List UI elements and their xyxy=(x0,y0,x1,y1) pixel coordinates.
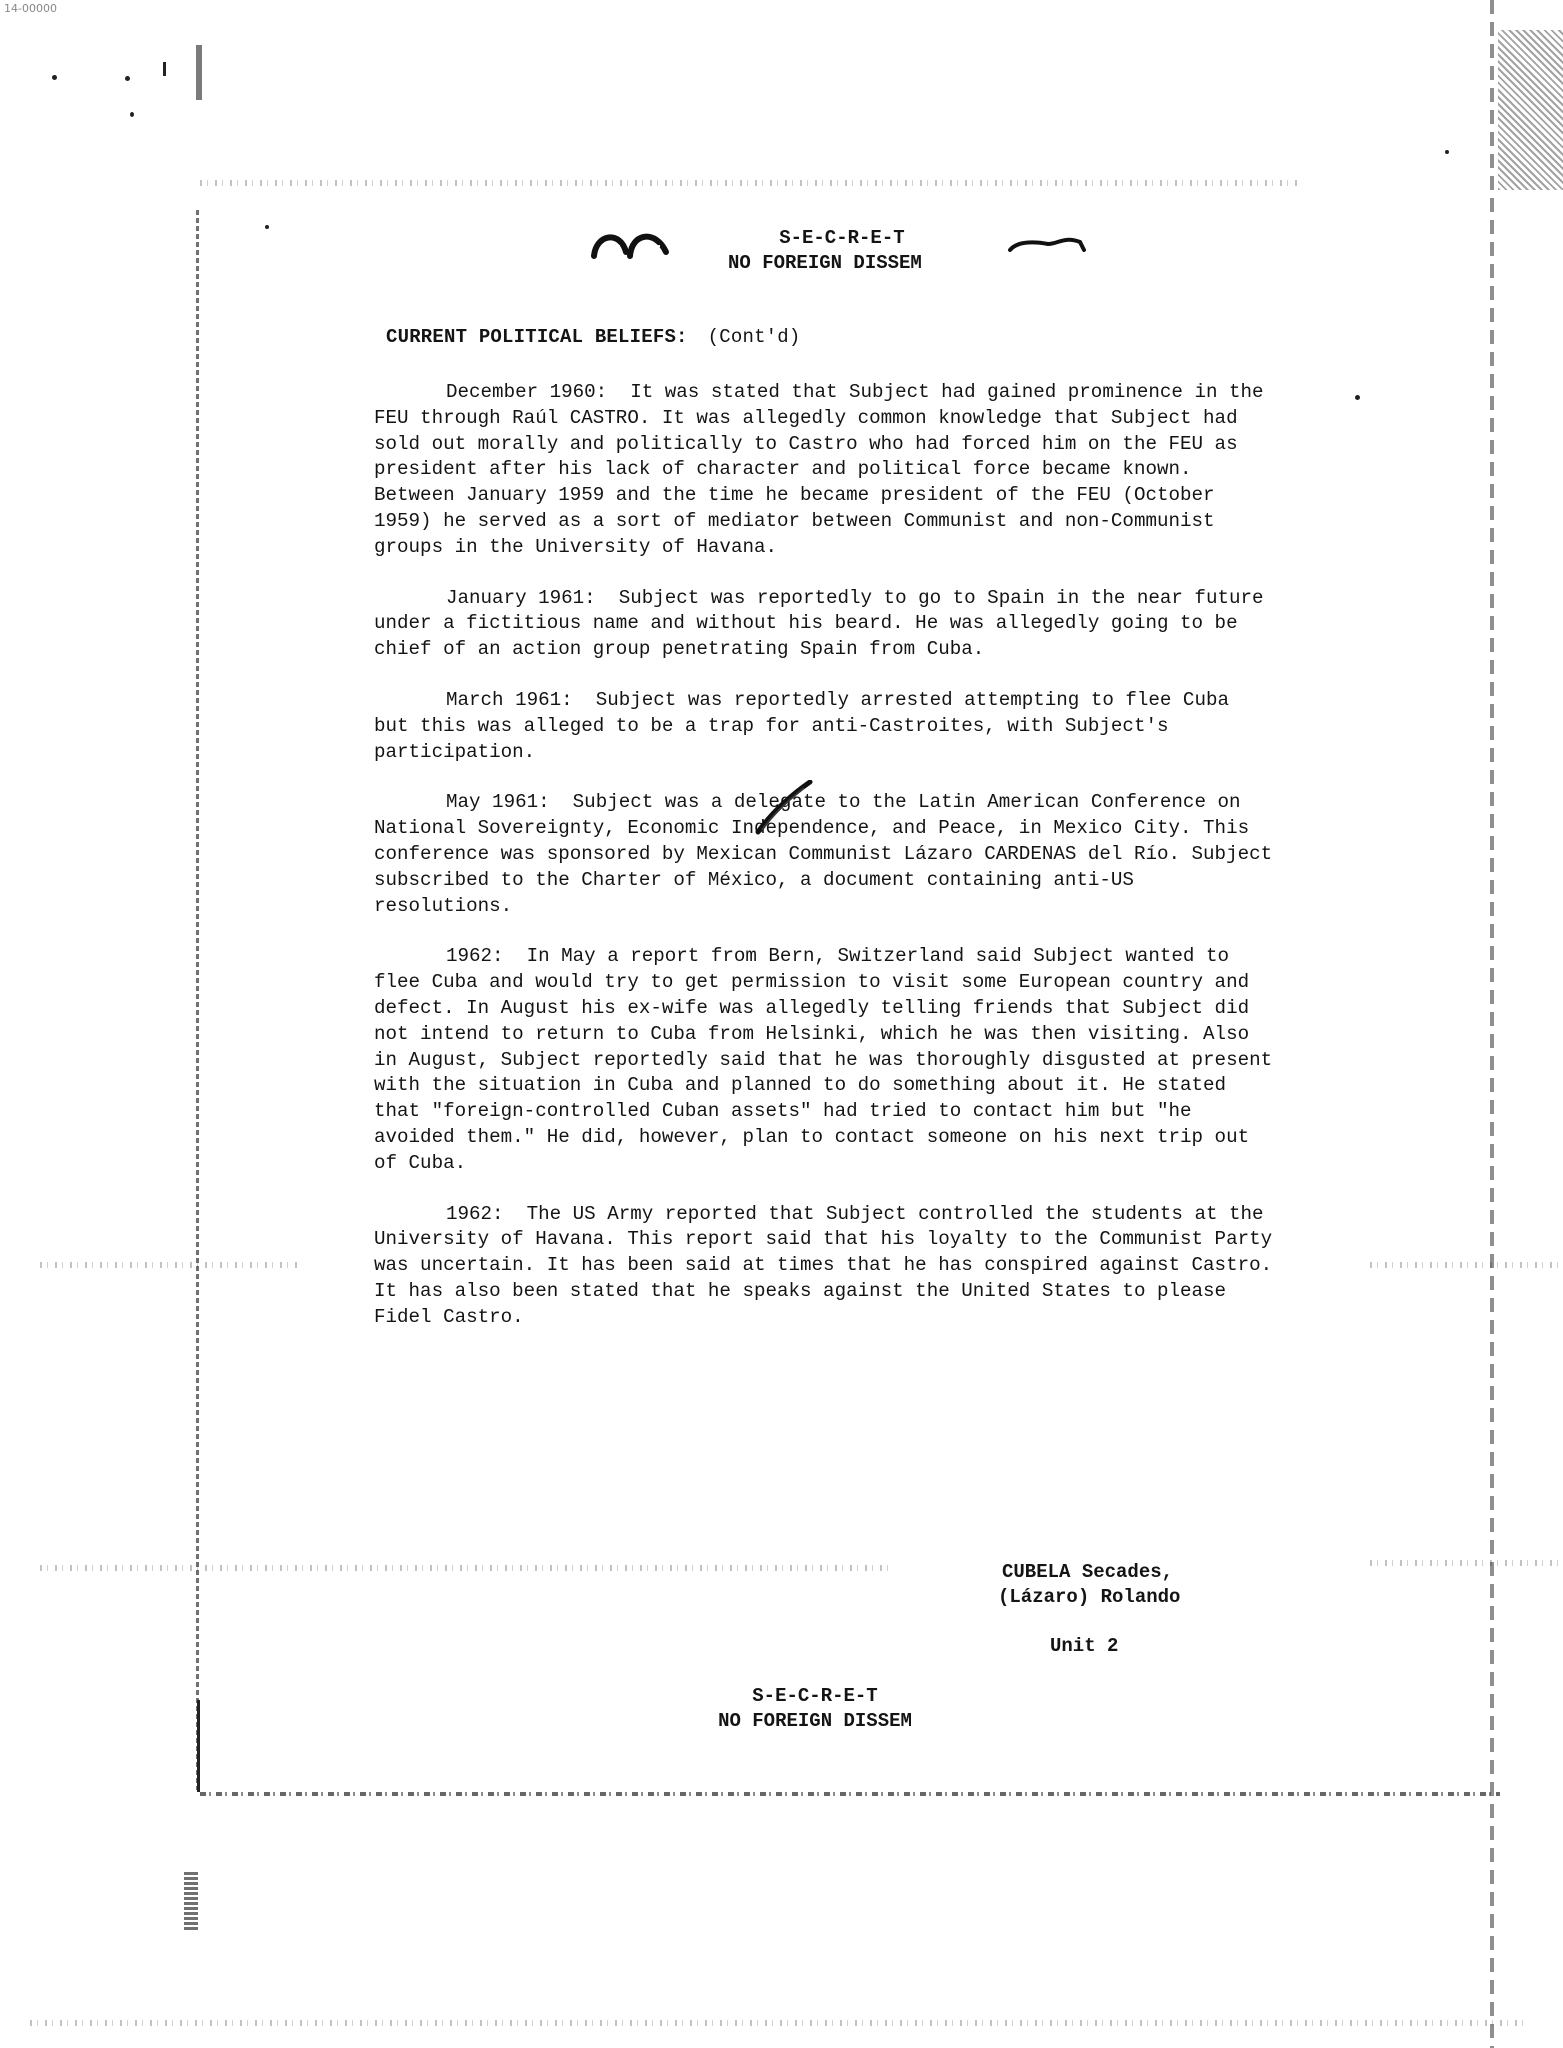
classification-header: S-E-C-R-E-T NO FOREIGN DISSEM xyxy=(728,226,922,276)
scan-noise-top xyxy=(200,180,1300,186)
speck xyxy=(196,45,202,100)
paragraph-date: December 1960: xyxy=(446,381,607,403)
margin-rule-left-solid xyxy=(197,1700,200,1792)
classification-footer: S-E-C-R-E-T NO FOREIGN DISSEM xyxy=(700,1684,930,1734)
speck xyxy=(125,76,130,81)
scan-noise-mid xyxy=(40,1262,300,1268)
margin-rule-bottom xyxy=(200,1792,1500,1796)
paragraph-may-1961: May 1961: Subject was a delegate to the … xyxy=(374,790,1274,919)
paragraph-date: January 1961: xyxy=(446,587,596,609)
speck xyxy=(52,75,57,80)
paragraph-date: 1962: xyxy=(446,945,504,967)
scan-noise-bottom xyxy=(30,2020,1530,2026)
section-title: CURRENT POLITICAL BELIEFS: xyxy=(386,326,688,348)
paragraph-text: It was stated that Subject had gained pr… xyxy=(374,381,1264,558)
subject-name-block: CUBELA Secades, (Lázaro) Rolando Unit 2 xyxy=(1002,1560,1180,1659)
speck xyxy=(265,225,269,229)
handwritten-initials-icon xyxy=(590,226,670,266)
scan-noise-lower-right xyxy=(1370,1560,1560,1566)
paragraph-date: 1962: xyxy=(446,1203,504,1225)
margin-code xyxy=(184,1872,198,1932)
paragraph-text: The US Army reported that Subject contro… xyxy=(374,1203,1272,1328)
classification-level: S-E-C-R-E-T xyxy=(728,226,922,251)
paragraph-march-1961: March 1961: Subject was reportedly arres… xyxy=(374,688,1274,765)
paragraph-date: May 1961: xyxy=(446,791,550,813)
paragraph-1962-us-army: 1962: The US Army reported that Subject … xyxy=(374,1202,1274,1331)
unit-label: Unit 2 xyxy=(1050,1634,1180,1659)
handwritten-squiggle-icon xyxy=(1008,234,1088,254)
pen-stroke-icon xyxy=(754,780,814,835)
edge-stamp xyxy=(1498,30,1563,190)
subject-given-names: (Lázaro) Rolando xyxy=(998,1585,1180,1610)
document-body: December 1960: It was stated that Subjec… xyxy=(374,380,1274,1356)
scan-noise-lower xyxy=(40,1565,890,1571)
margin-rule-left xyxy=(196,210,199,1790)
speck xyxy=(130,112,134,117)
speck xyxy=(163,62,166,76)
speck xyxy=(1355,395,1360,400)
margin-rule-right xyxy=(1490,0,1494,2048)
classification-level-footer: S-E-C-R-E-T xyxy=(700,1684,930,1709)
continued-label: (Cont'd) xyxy=(708,326,801,348)
paragraph-text: In May a report from Bern, Switzerland s… xyxy=(374,945,1272,1173)
page-stamp: 14-00000 xyxy=(4,2,57,15)
speck xyxy=(1445,150,1449,154)
subject-surname: CUBELA Secades, xyxy=(1002,1560,1180,1585)
paragraph-date: March 1961: xyxy=(446,689,573,711)
scan-noise-mid-right xyxy=(1370,1262,1560,1268)
paragraph-1962-bern: 1962: In May a report from Bern, Switzer… xyxy=(374,944,1274,1176)
dissemination-control: NO FOREIGN DISSEM xyxy=(728,251,922,276)
paragraph-january-1961: January 1961: Subject was reportedly to … xyxy=(374,586,1274,663)
dissemination-control-footer: NO FOREIGN DISSEM xyxy=(700,1709,930,1734)
section-heading: CURRENT POLITICAL BELIEFS:(Cont'd) xyxy=(386,326,800,348)
paragraph-december-1960: December 1960: It was stated that Subjec… xyxy=(374,380,1274,561)
